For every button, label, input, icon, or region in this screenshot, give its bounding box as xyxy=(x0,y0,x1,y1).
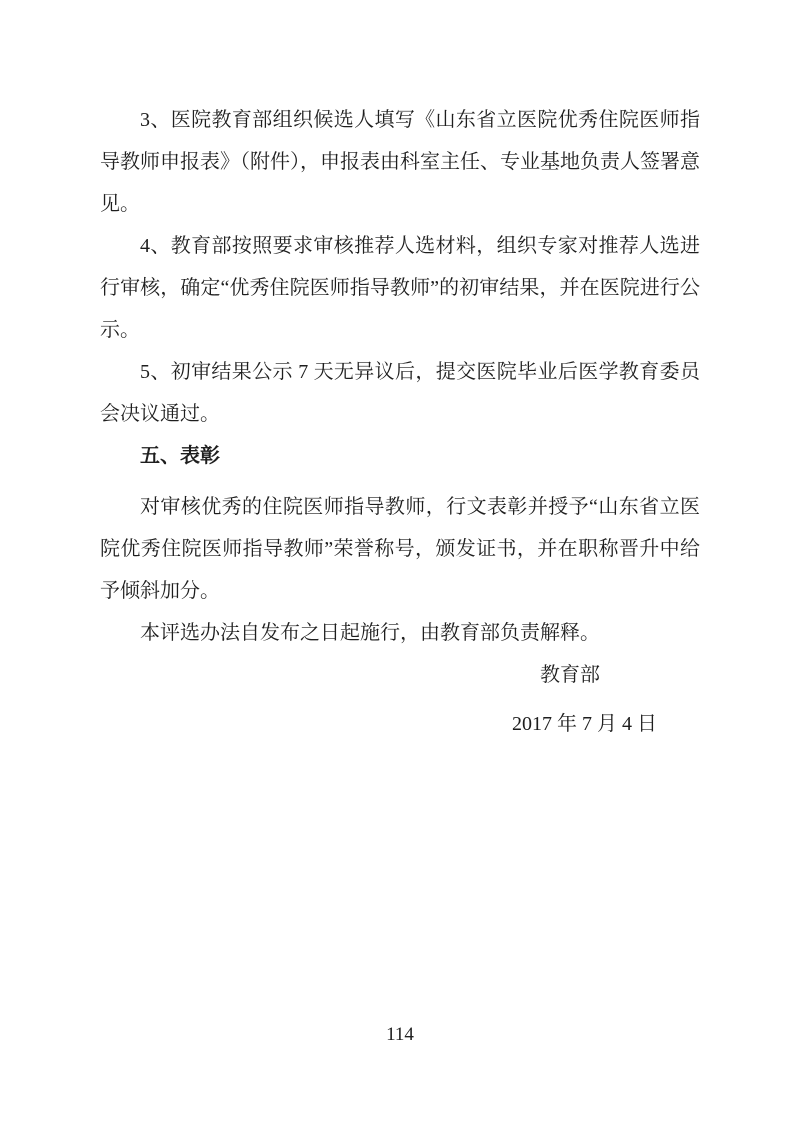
paragraph-commendation-detail: 对审核优秀的住院医师指导教师，行文表彰并授予“山东省立医院优秀住院医师指导教师”… xyxy=(100,486,700,612)
paragraph-effective-statement: 本评选办法自发布之日起施行，由教育部负责解释。 xyxy=(100,612,700,654)
page-footer: 114 xyxy=(0,1024,800,1046)
page-number: 114 xyxy=(386,1024,414,1045)
section-heading-commendation: 五、表彰 xyxy=(100,435,700,477)
document-page: 3、医院教育部组织候选人填写《山东省立医院优秀住院医师指导教师申报表》（附件），… xyxy=(0,0,800,1129)
document-body: 3、医院教育部组织候选人填写《山东省立医院优秀住院医师指导教师申报表》（附件），… xyxy=(100,99,700,745)
paragraph-step-4: 4、教育部按照要求审核推荐人选材料，组织专家对推荐人选进行审核，确定“优秀住院医… xyxy=(100,225,700,351)
signature-date: 2017 年 7 月 4 日 xyxy=(100,703,700,745)
signature-department: 教育部 xyxy=(100,654,700,696)
paragraph-step-5: 5、初审结果公示 7 天无异议后，提交医院毕业后医学教育委员会决议通过。 xyxy=(100,351,700,435)
paragraph-step-3: 3、医院教育部组织候选人填写《山东省立医院优秀住院医师指导教师申报表》（附件），… xyxy=(100,99,700,225)
